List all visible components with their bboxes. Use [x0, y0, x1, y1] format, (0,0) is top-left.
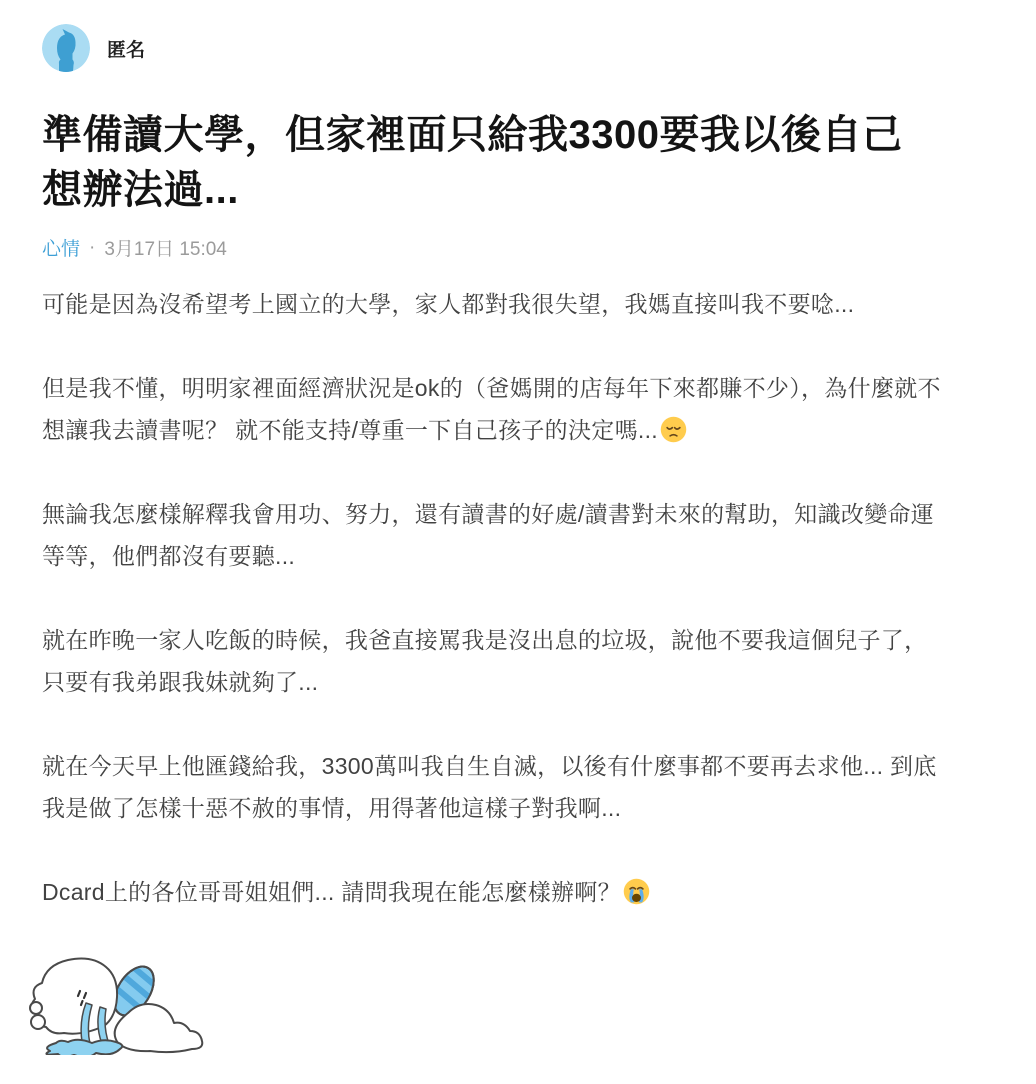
category-link[interactable]: 心情 [42, 234, 80, 261]
post-meta: 心情 · 3月17日 15:04 [42, 234, 996, 261]
post-timestamp: 3月17日 15:04 [104, 234, 227, 261]
post-paragraph: 但是我不懂，明明家裡面經濟狀況是ok的（爸媽開的店每年下來都賺不少），為什麼就不… [42, 367, 942, 451]
paragraph-text: 就在昨晚一家人吃飯的時候，我爸直接罵我是沒出息的垃圾，說他不要我這個兒子了，只要… [42, 627, 927, 695]
crying-face-emoji [623, 878, 650, 905]
post-paragraph: 可能是因為沒希望考上國立的大學，家人都對我很失望，我媽直接叫我不要唸... [42, 283, 942, 325]
anonymous-avatar[interactable] [42, 24, 90, 72]
pensive-face-emoji [660, 416, 687, 443]
author-name: 匿名 [107, 35, 145, 62]
post-paragraph: 就在今天早上他匯錢給我，3300萬叫我自生自滅，以後有什麼事都不要再去求他...… [42, 745, 942, 829]
crying-creature-sticker [22, 949, 210, 1060]
crying-creature-illustration [22, 949, 208, 1055]
post-title: 準備讀大學，但家裡面只給我3300要我以後自己想辦法過... [42, 108, 942, 218]
pensive-face-icon [660, 416, 687, 443]
post-body: 可能是因為沒希望考上國立的大學，家人都對我很失望，我媽直接叫我不要唸... 但是… [42, 283, 942, 913]
post-header: 匿名 [42, 24, 996, 72]
post-paragraph: Dcard上的各位哥哥姐姐們... 請問我現在能怎麼樣辦啊？ [42, 871, 942, 913]
anonymous-person-icon [42, 24, 90, 72]
paragraph-text: Dcard上的各位哥哥姐姐們... 請問我現在能怎麼樣辦啊？ [42, 879, 621, 905]
paragraph-text: 無論我怎麼樣解釋我會用功、努力，還有讀書的好處/讀書對未來的幫助，知識改變命運等… [42, 501, 934, 569]
paragraph-text: 就在今天早上他匯錢給我，3300萬叫我自生自滅，以後有什麼事都不要再去求他...… [42, 753, 937, 821]
post-paragraph: 無論我怎麼樣解釋我會用功、努力，還有讀書的好處/讀書對未來的幫助，知識改變命運等… [42, 493, 942, 577]
paragraph-text: 但是我不懂，明明家裡面經濟狀況是ok的（爸媽開的店每年下來都賺不少），為什麼就不… [42, 375, 941, 443]
post-paragraph: 就在昨晚一家人吃飯的時候，我爸直接罵我是沒出息的垃圾，說他不要我這個兒子了，只要… [42, 619, 942, 703]
paragraph-text: 可能是因為沒希望考上國立的大學，家人都對我很失望，我媽直接叫我不要唸... [42, 291, 854, 317]
meta-separator: · [89, 237, 95, 259]
crying-face-icon [623, 878, 650, 905]
post-page: 匿名 準備讀大學，但家裡面只給我3300要我以後自己想辦法過... 心情 · 3… [0, 0, 1036, 1060]
